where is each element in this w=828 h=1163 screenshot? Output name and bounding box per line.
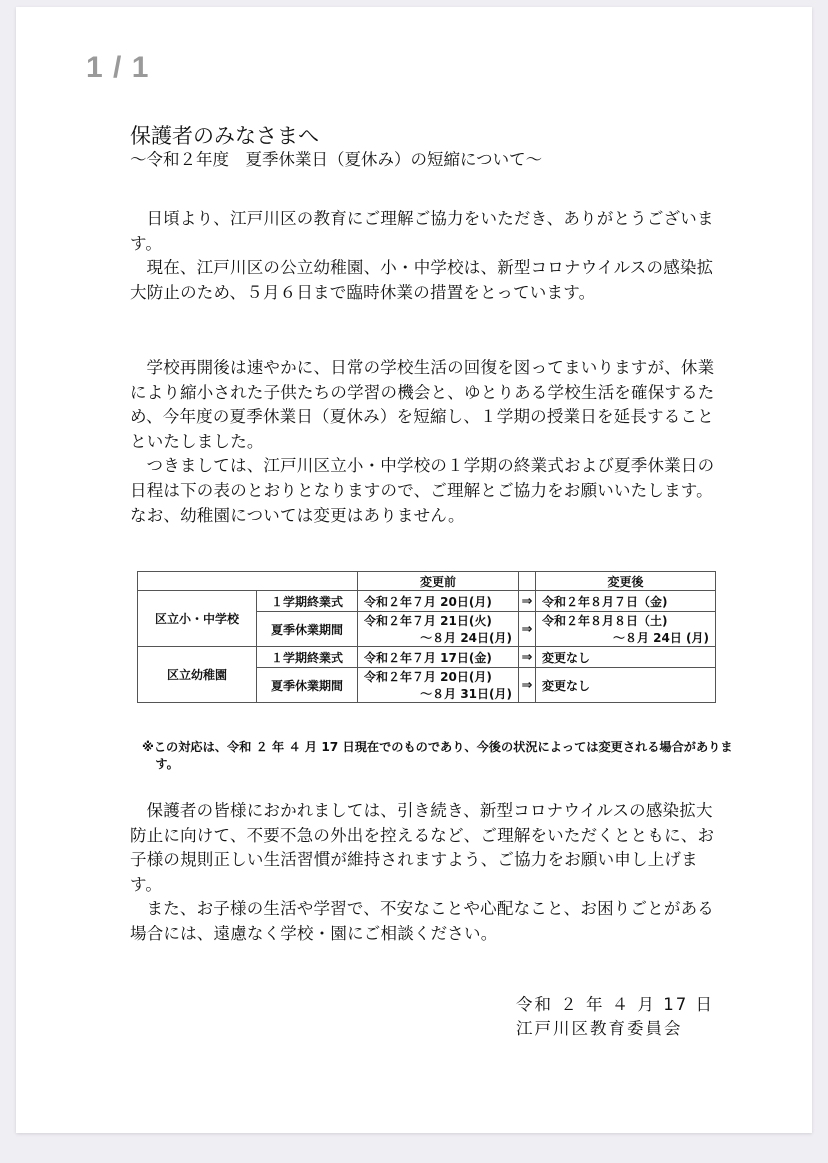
announcement-section: 学校再開後は速やかに、日常の学校生活の回復を図ってまいりますが、休業により縮小さ… — [130, 356, 720, 528]
item-cell: 夏季休業期間 — [257, 612, 358, 647]
table-header-row: 変更前 変更後 — [138, 572, 716, 591]
arrow-icon: ⇒ — [519, 668, 536, 703]
document-body: 保護者のみなさまへ ～令和２年度 夏季休業日（夏休み）の短縮について～ 日頃より… — [130, 123, 720, 171]
after-date-cell: 変更なし — [536, 647, 716, 668]
document-title: 保護者のみなさまへ — [130, 123, 720, 149]
paragraph-greeting: 日頃より、江戸川区の教育にご理解ご協力をいただき、ありがとうございます。 — [130, 207, 720, 256]
paragraph-consultation: また、お子様の生活や学習で、不安なことや心配なこと、お困りごとがある場合には、遠… — [130, 897, 720, 946]
table-header-blank — [138, 572, 358, 591]
after-date-cell: 令和２年８月８日（土) ～８月 24日 (月) — [536, 612, 716, 647]
before-date-end: ～８月 31日(月) — [364, 685, 512, 702]
arrow-icon: ⇒ — [519, 591, 536, 612]
school-type-cell: 区立幼稚園 — [138, 647, 257, 703]
paragraph-summer-shortening: 学校再開後は速やかに、日常の学校生活の回復を図ってまいりますが、休業により縮小さ… — [130, 356, 720, 454]
table-row: 区立小・中学校 １学期終業式 令和２年７月 20日(月) ⇒ 令和２年８月７日（… — [138, 591, 716, 612]
table-header-after: 変更後 — [536, 572, 716, 591]
before-date-end: ～８月 24日(月) — [364, 629, 512, 646]
page-counter: 1 / 1 — [86, 51, 149, 85]
after-date-cell: 令和２年８月７日（金) — [536, 591, 716, 612]
before-date-start: 令和２年７月 20日(月) — [364, 668, 512, 685]
before-date-cell: 令和２年７月 17日(金) — [358, 647, 519, 668]
item-cell: １学期終業式 — [257, 647, 358, 668]
document-subtitle: ～令和２年度 夏季休業日（夏休み）の短縮について～ — [130, 149, 720, 171]
before-date-start: 令和２年７月 21日(火) — [364, 612, 512, 629]
signature-issuer: 江戸川区教育委員会 — [516, 1017, 714, 1041]
paragraph-closure-status: 現在、江戸川区の公立幼稚園、小・中学校は、新型コロナウイルスの感染拡大防止のため… — [130, 256, 720, 305]
before-date-cell: 令和２年７月 20日(月) ～８月 31日(月) — [358, 668, 519, 703]
item-cell: １学期終業式 — [257, 591, 358, 612]
arrow-icon: ⇒ — [519, 647, 536, 668]
document-page: 1 / 1 保護者のみなさまへ ～令和２年度 夏季休業日（夏休み）の短縮について… — [16, 7, 812, 1133]
paragraph-request: 保護者の皆様におかれましては、引き続き、新型コロナウイルスの感染拡大防止に向けて… — [130, 799, 720, 897]
school-type-cell: 区立小・中学校 — [138, 591, 257, 647]
signature-block: 令和 ２ 年 ４ 月 17 日 江戸川区教育委員会 — [516, 993, 714, 1041]
signature-date: 令和 ２ 年 ４ 月 17 日 — [516, 993, 714, 1017]
table-footnote: ※この対応は、令和 ２ 年 ４ 月 17 日現在でのものであり、今後の状況によっ… — [142, 739, 735, 773]
after-date-cell: 変更なし — [536, 668, 716, 703]
table-row: 区立幼稚園 １学期終業式 令和２年７月 17日(金) ⇒ 変更なし — [138, 647, 716, 668]
schedule-table: 変更前 変更後 区立小・中学校 １学期終業式 令和２年７月 20日(月) ⇒ 令… — [137, 571, 716, 703]
before-date-cell: 令和２年７月 20日(月) — [358, 591, 519, 612]
before-date-cell: 令和２年７月 21日(火) ～８月 24日(月) — [358, 612, 519, 647]
after-date-start: 令和２年８月８日（土) — [542, 612, 709, 629]
table-header-arrow — [519, 572, 536, 591]
paragraph-schedule-intro: つきましては、江戸川区立小・中学校の１学期の終業式および夏季休業日の日程は下の表… — [130, 454, 720, 528]
after-date-end: ～８月 24日 (月) — [542, 629, 709, 646]
item-cell: 夏季休業期間 — [257, 668, 358, 703]
arrow-icon: ⇒ — [519, 612, 536, 647]
closing-section: 保護者の皆様におかれましては、引き続き、新型コロナウイルスの感染拡大防止に向けて… — [130, 799, 720, 947]
intro-section: 日頃より、江戸川区の教育にご理解ご協力をいただき、ありがとうございます。 現在、… — [130, 207, 720, 305]
table-header-before: 変更前 — [358, 572, 519, 591]
